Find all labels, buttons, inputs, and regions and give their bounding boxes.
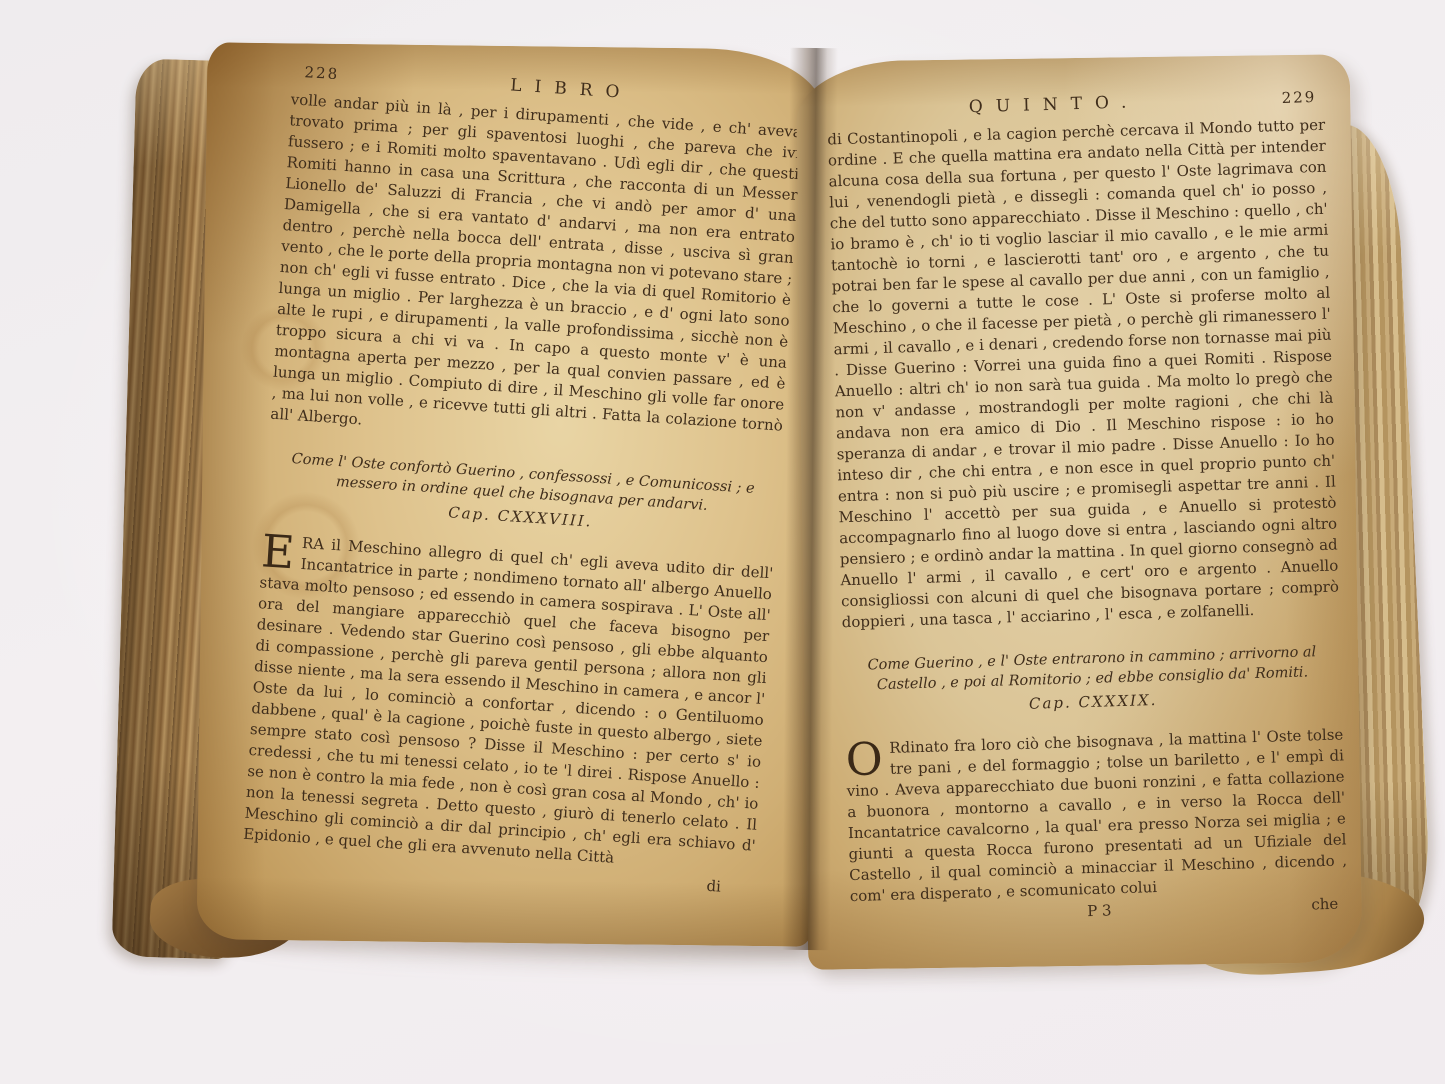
right-catchword: che <box>1311 894 1339 916</box>
right-page: QUINTO. 229 di Costantinopoli , e la cag… <box>796 54 1363 970</box>
left-page-number: 228 <box>304 62 340 85</box>
right-body-top: di Costantinopoli , e la cagion perchè c… <box>827 115 1340 634</box>
left-body-chapter-text: RA il Meschino allegro di quel ch' egli … <box>243 534 774 867</box>
right-page-number: 229 <box>1281 87 1316 109</box>
left-catchword: di <box>706 877 722 896</box>
right-signature: P 3 <box>1087 901 1112 920</box>
open-book: 228 LIBRO volle andar più in là , per i … <box>0 0 1445 1084</box>
left-body-chapter: ERA il Meschino allegro di quel ch' egli… <box>243 530 774 877</box>
right-body-chapter-text: Rdinato fra loro ciò che bisognava , la … <box>846 725 1347 905</box>
right-body-chapter: ORdinato fra loro ciò che bisognava , la… <box>845 724 1348 907</box>
photo-background: 228 LIBRO volle andar più in là , per i … <box>0 0 1445 1084</box>
left-body-top: volle andar più in là , per i dirupament… <box>270 89 803 457</box>
left-page: 228 LIBRO volle andar più in là , per i … <box>197 42 824 946</box>
left-page-content: 228 LIBRO volle andar più in là , per i … <box>241 61 804 899</box>
right-drop-cap: O <box>845 738 890 778</box>
left-drop-cap: E <box>260 530 302 571</box>
right-page-content: QUINTO. 229 di Costantinopoli , e la cag… <box>826 87 1348 929</box>
